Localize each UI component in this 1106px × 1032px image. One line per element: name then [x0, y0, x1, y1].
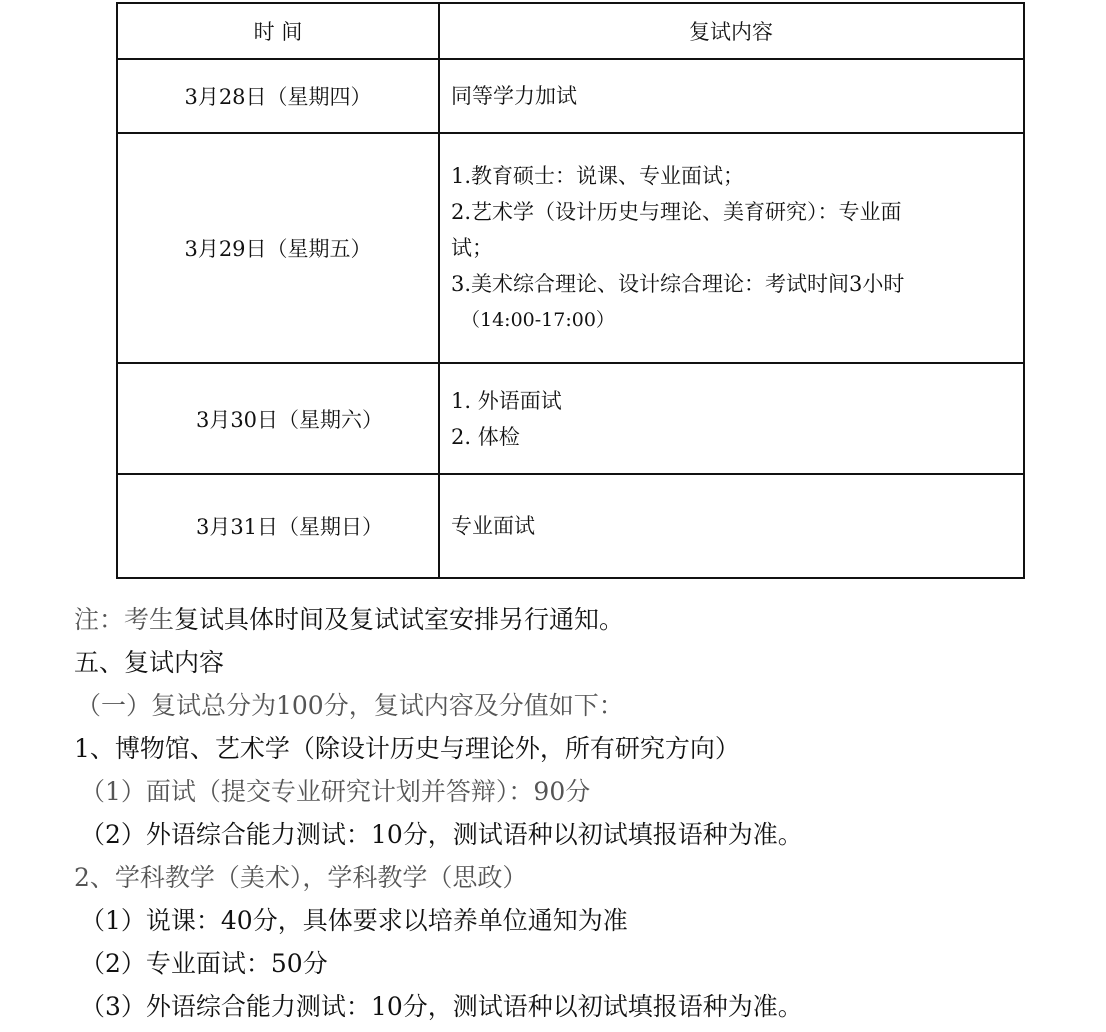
table-row: 3月29日（星期五） 1.教育硕士：说课、专业面试； 2.艺术学（设计历史与理论…: [117, 133, 1024, 363]
row-content: 1. 外语面试 2. 体检: [439, 363, 1024, 474]
table-header-row: 时 间 复试内容: [117, 3, 1024, 59]
item2-line: （1）说课：40分，具体要求以培养单位通知为准: [80, 901, 628, 937]
item2-title: 2、学科教学（美术），学科教学（思政）: [74, 858, 527, 894]
subsection-title: （一）复试总分为100分，复试内容及分值如下：: [76, 686, 624, 722]
table-row: 3月30日（星期六） 1. 外语面试 2. 体检: [117, 363, 1024, 474]
item2-line: （3）外语综合能力测试：10分，测试语种以初试填报语种为准。: [80, 987, 803, 1023]
item1-line: （1）面试（提交专业研究计划并答辩）：90分: [80, 772, 590, 808]
table-row: 3月28日（星期四） 同等学力加试: [117, 59, 1024, 133]
header-content: 复试内容: [439, 3, 1024, 59]
row-time: 3月29日（星期五）: [117, 133, 439, 363]
row-content: 1.教育硕士：说课、专业面试； 2.艺术学（设计历史与理论、美育研究）：专业面 …: [439, 133, 1024, 363]
row-time: 3月28日（星期四）: [117, 59, 439, 133]
item2-line: （2）专业面试：50分: [80, 944, 328, 980]
note-text: 注：考生复试具体时间及复试试室安排另行通知。: [74, 600, 624, 636]
item1-line: （2）外语综合能力测试：10分，测试语种以初试填报语种为准。: [80, 815, 803, 851]
header-time: 时 间: [117, 3, 439, 59]
item1-title: 1、博物馆、艺术学（除设计历史与理论外，所有研究方向）: [74, 729, 740, 765]
row-content: 同等学力加试: [439, 59, 1024, 133]
section-title: 五、复试内容: [74, 643, 224, 679]
table-row: 3月31日（星期日） 专业面试: [117, 474, 1024, 578]
schedule-table: 时 间 复试内容 3月28日（星期四） 同等学力加试 3月29日（星期五） 1.…: [116, 2, 1025, 579]
row-time: 3月31日（星期日）: [117, 474, 439, 578]
row-time: 3月30日（星期六）: [117, 363, 439, 474]
row-content: 专业面试: [439, 474, 1024, 578]
